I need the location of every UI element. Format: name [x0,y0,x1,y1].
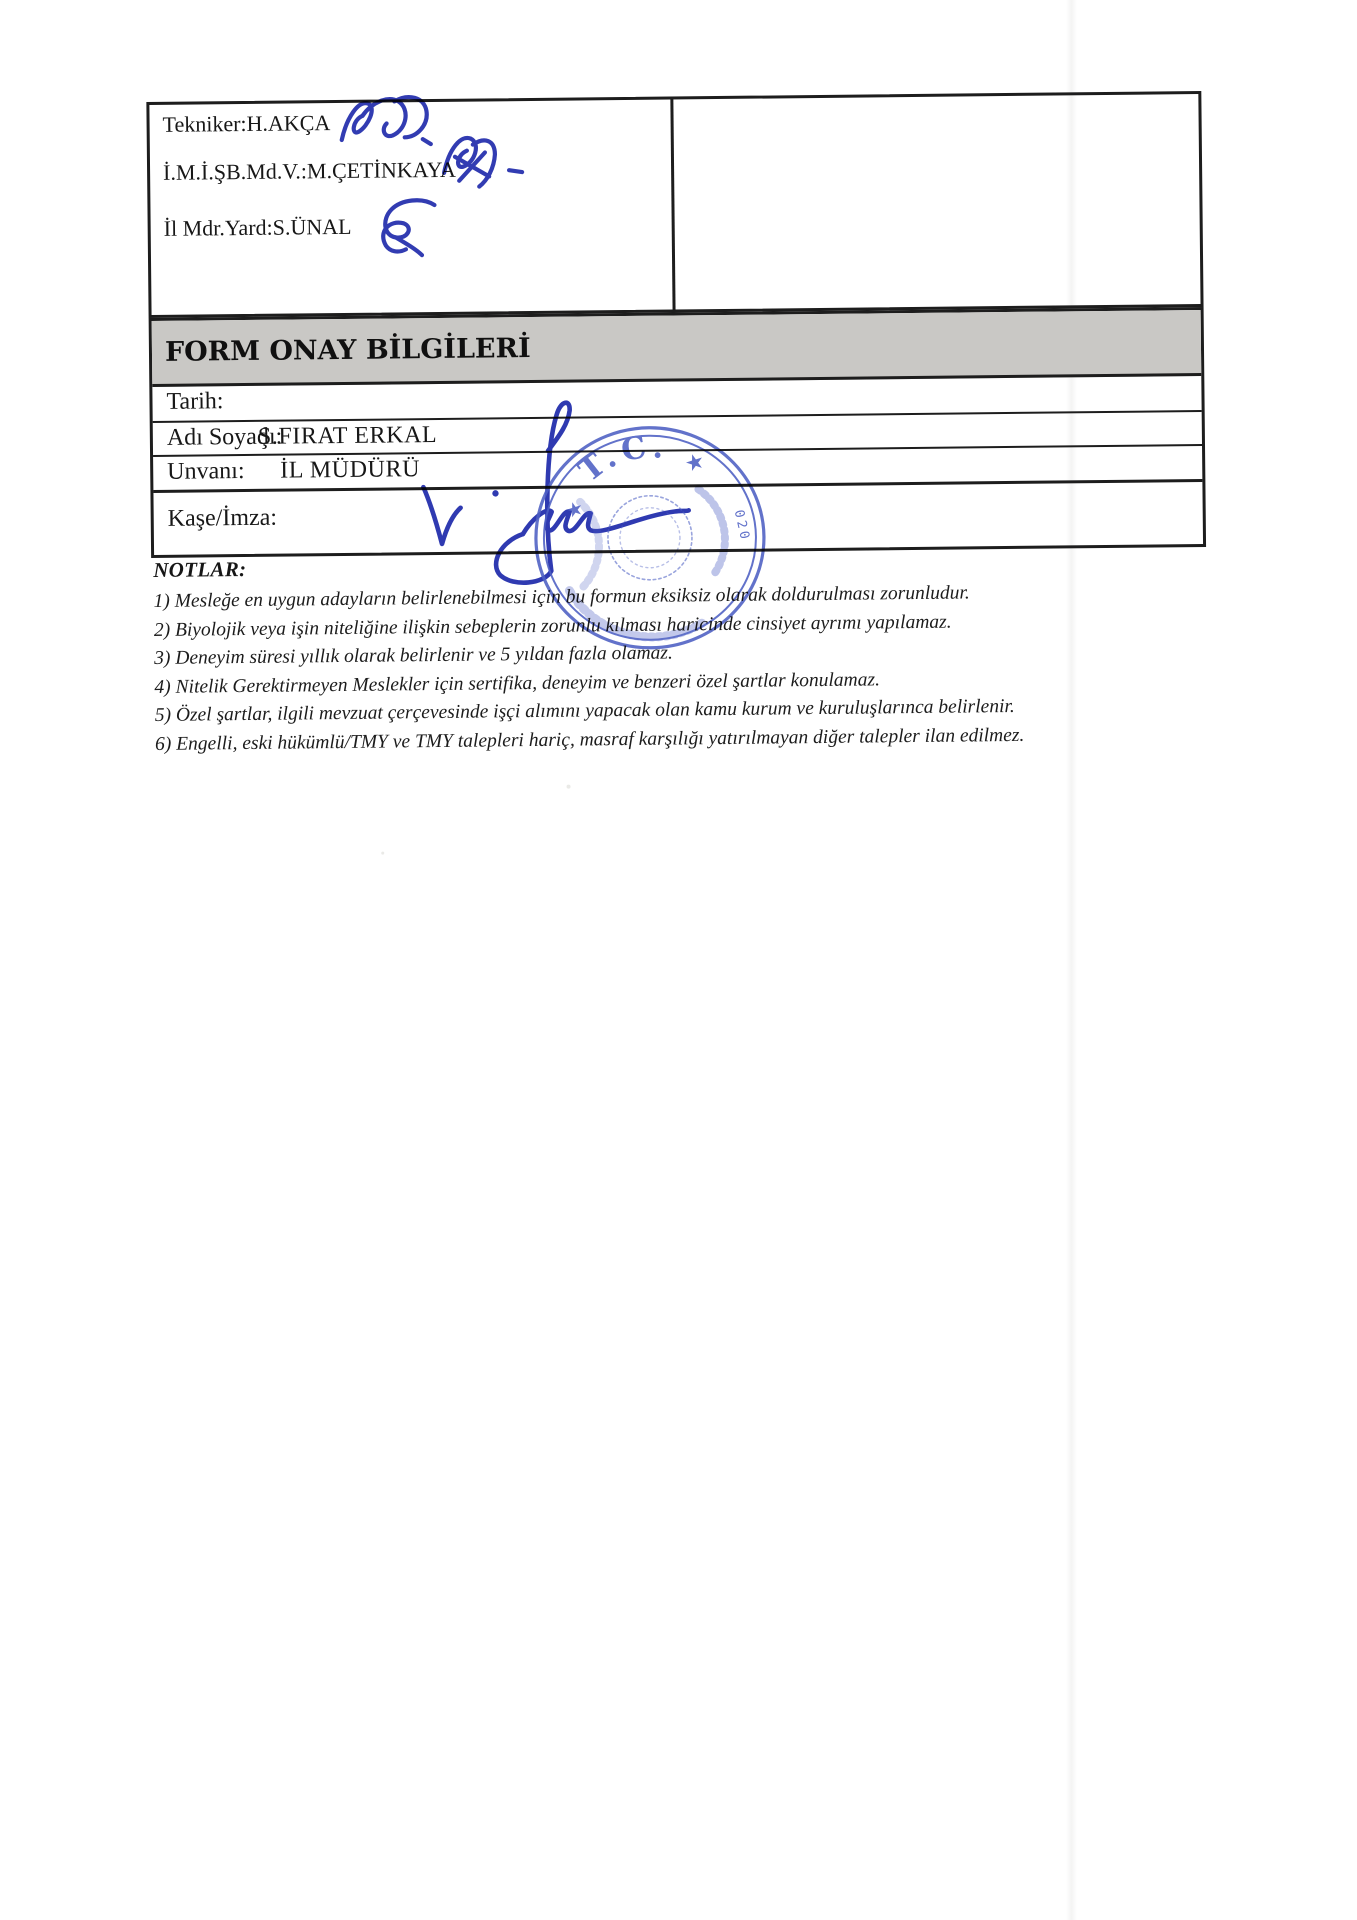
form-approval-header: FORM ONAY BİLGİLERİ [152,310,1202,387]
scan-speck [381,852,384,855]
scan-speck [567,785,571,789]
signature-tekniker-icon [341,97,430,145]
signature-il-mdr-yard-icon [383,200,435,255]
scanned-form-page: { "signature_block": { "entries": [ { "l… [0,0,1357,1920]
handwritten-signatures-icon [256,54,558,272]
tarih-label: Tarih: [166,388,223,416]
unvani-label: Unvanı: [167,458,245,486]
stamp-star-right-icon: ★ [683,450,706,476]
kase-imza-label: Kaşe/İmza: [168,505,278,533]
signature-block-divider [670,98,675,312]
stamp-serial-fragment: 020 [731,508,753,543]
form-approval-header-label: FORM ONAY BİLGİLERİ [165,333,531,368]
signature-sube-muduru-icon [444,137,523,186]
document-content: Tekniker:H.AKÇA İ.M.İ.ŞB.Md.V.:M.ÇETİNKA… [0,0,1357,1920]
stamp-and-signature-overlay: T.C. ★ ★ 020 [399,388,802,692]
